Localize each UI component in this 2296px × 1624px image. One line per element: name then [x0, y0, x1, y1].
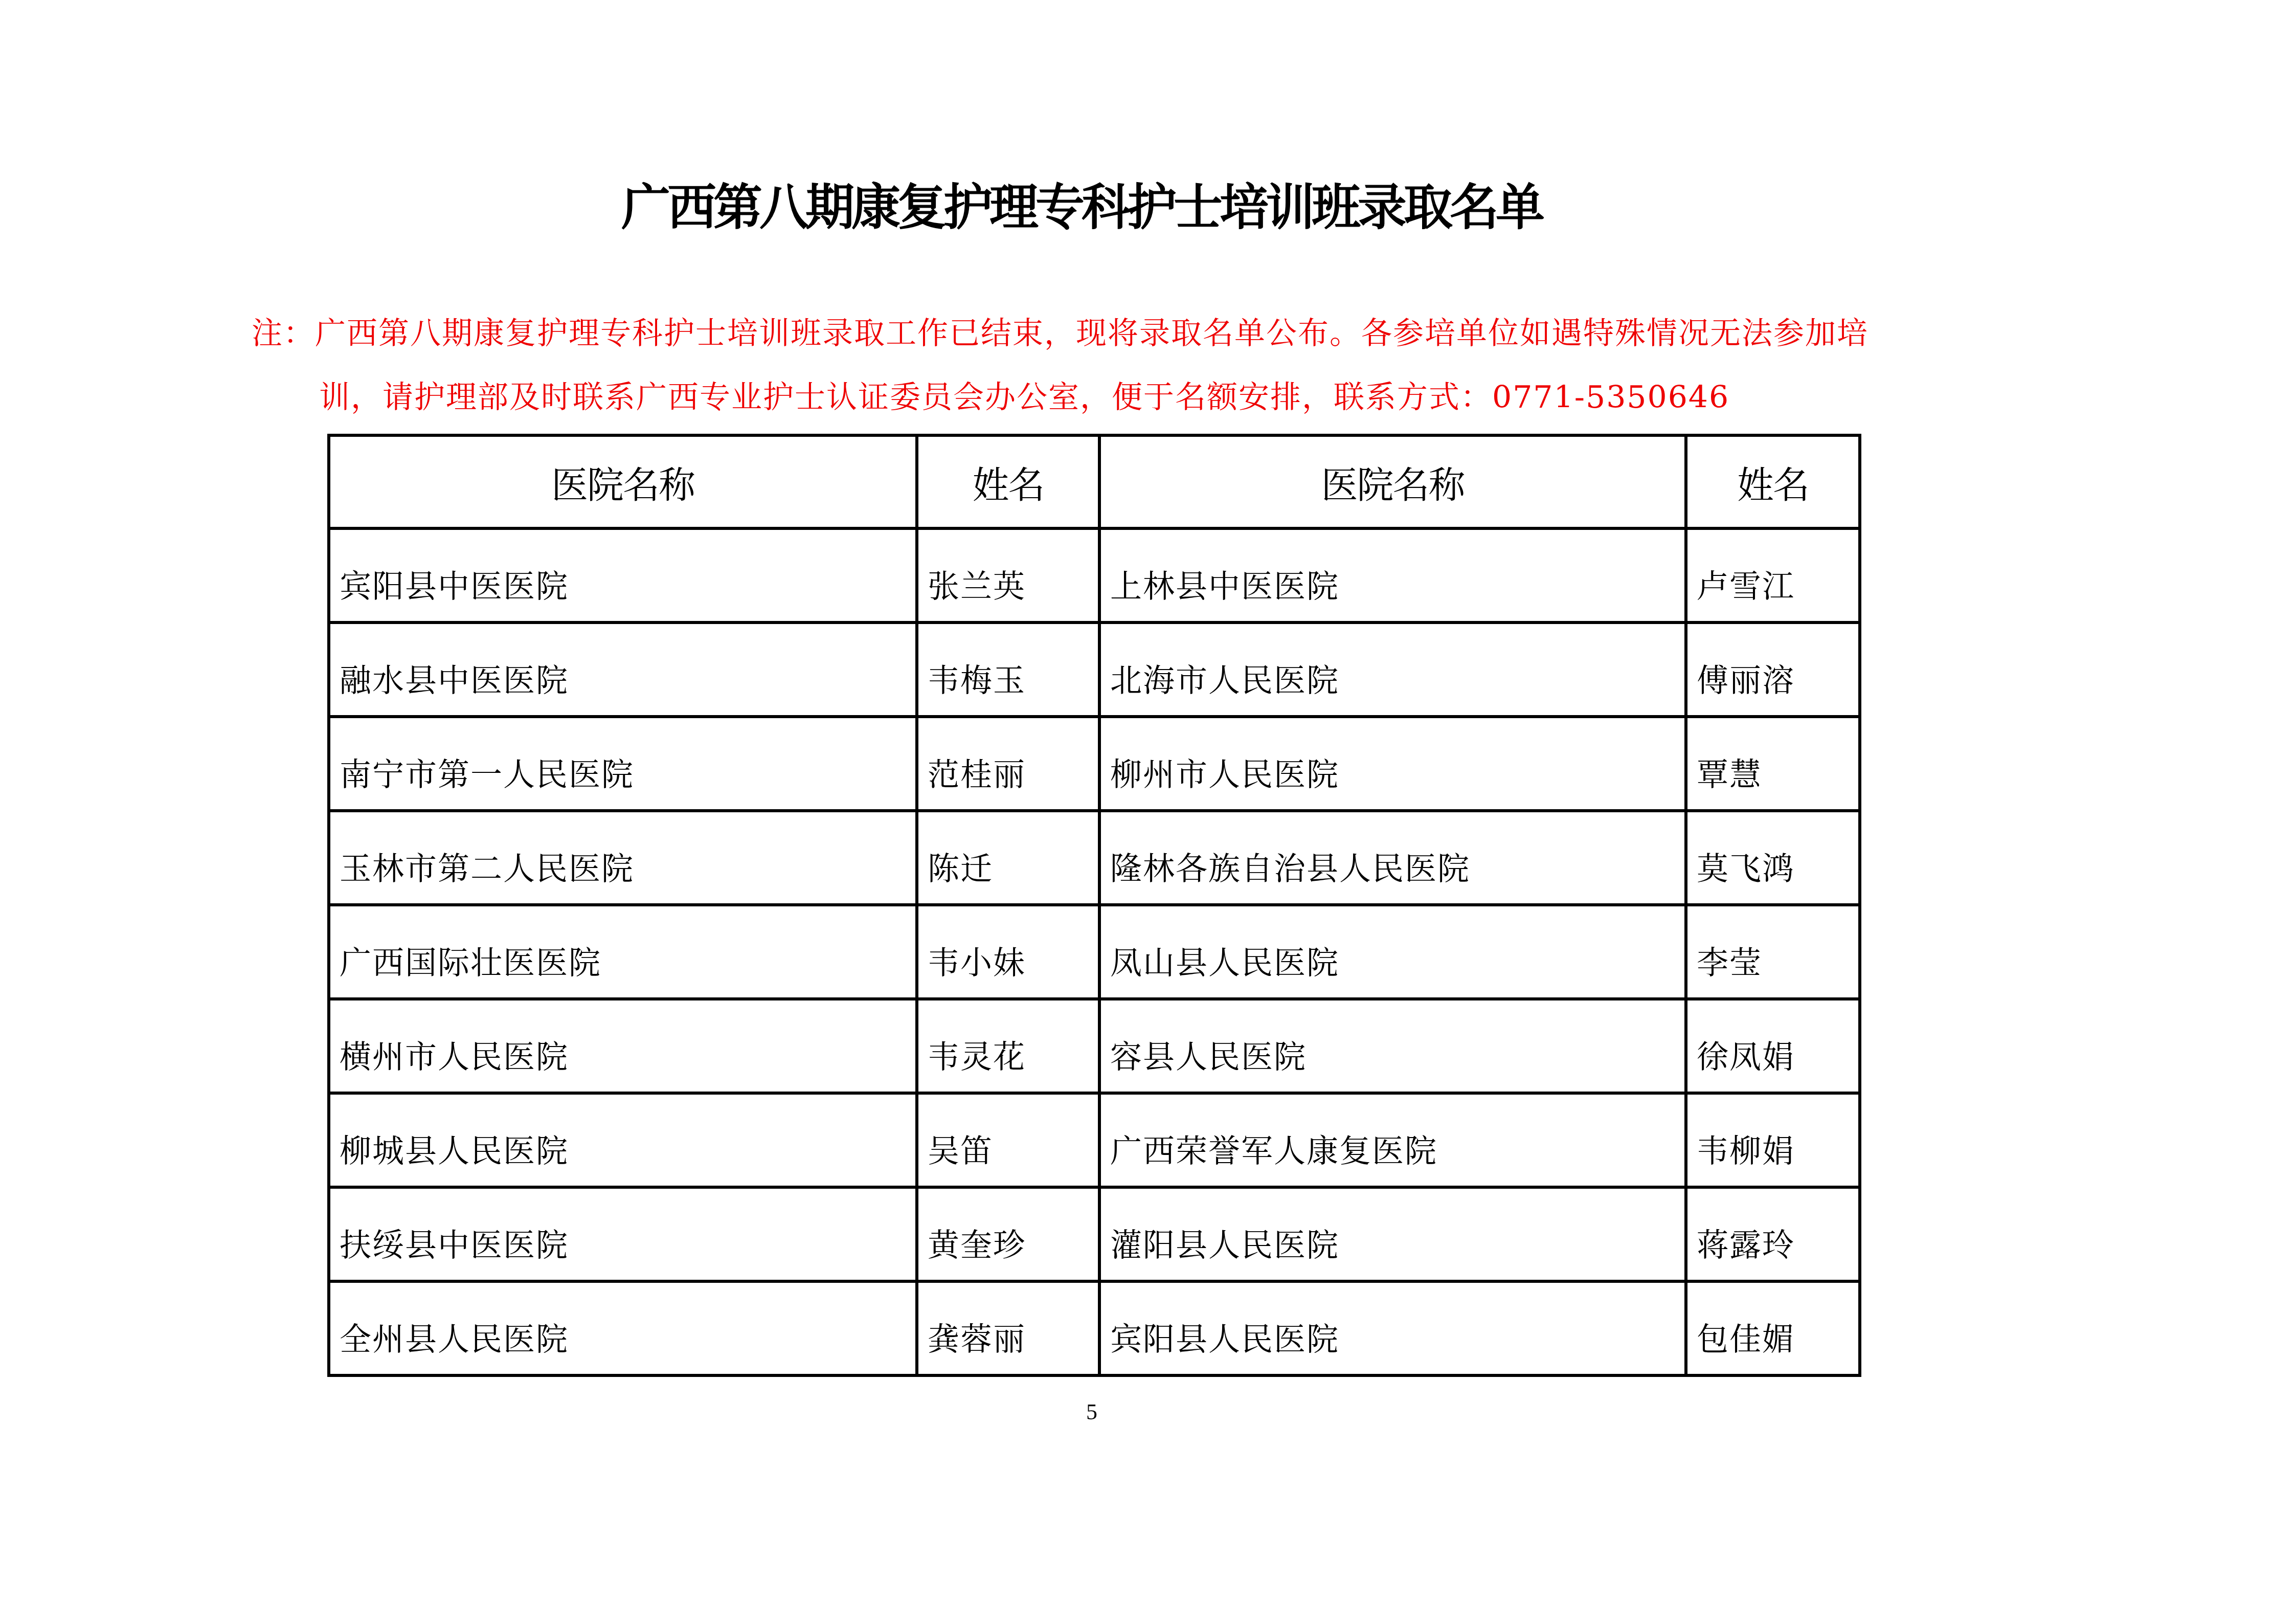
hospital-cell: 扶绥县中医医院: [329, 1187, 917, 1281]
page-title: 广西第八期康复护理专科护士培训班录取名单: [0, 176, 2230, 238]
note-line-2: 训，请护理部及时联系广西专业护士认证委员会办公室，便于名额安排，联系方式：077…: [252, 366, 1990, 430]
table-row: 融水县中医医院 韦梅玉 北海市人民医院 傅丽溶: [329, 622, 1860, 717]
admission-table: 医院名称 姓名 医院名称 姓名 宾阳县中医医院 张兰英 上林县中医医院 卢雪江 …: [327, 434, 1861, 1377]
hospital-cell: 灌阳县人民医院: [1099, 1187, 1686, 1281]
name-cell: 黄奎珍: [917, 1187, 1099, 1281]
name-cell: 韦灵花: [917, 999, 1099, 1093]
table-row: 玉林市第二人民医院 陈迁 隆林各族自治县人民医院 莫飞鸿: [329, 811, 1860, 905]
hospital-cell: 全州县人民医院: [329, 1281, 917, 1375]
hospital-cell: 柳城县人民医院: [329, 1093, 917, 1187]
name-cell: 韦柳娟: [1686, 1093, 1860, 1187]
table-row: 广西国际壮医医院 韦小妹 凤山县人民医院 李莹: [329, 905, 1860, 999]
name-cell: 龚蓉丽: [917, 1281, 1099, 1375]
hospital-cell: 广西国际壮医医院: [329, 905, 917, 999]
name-cell: 莫飞鸿: [1686, 811, 1860, 905]
page-number: 5: [0, 1399, 2240, 1425]
hospital-cell: 隆林各族自治县人民医院: [1099, 811, 1686, 905]
name-cell: 卢雪江: [1686, 528, 1860, 622]
table-row: 南宁市第一人民医院 范桂丽 柳州市人民医院 覃慧: [329, 717, 1860, 811]
header-name-left: 姓名: [917, 435, 1099, 528]
name-cell: 包佳媚: [1686, 1281, 1860, 1375]
hospital-cell: 凤山县人民医院: [1099, 905, 1686, 999]
hospital-cell: 融水县中医医院: [329, 622, 917, 717]
table-row: 柳城县人民医院 吴笛 广西荣誉军人康复医院 韦柳娟: [329, 1093, 1860, 1187]
header-hospital-left: 医院名称: [329, 435, 917, 528]
hospital-cell: 广西荣誉军人康复医院: [1099, 1093, 1686, 1187]
hospital-cell: 宾阳县中医医院: [329, 528, 917, 622]
name-cell: 傅丽溶: [1686, 622, 1860, 717]
name-cell: 韦小妹: [917, 905, 1099, 999]
hospital-cell: 容县人民医院: [1099, 999, 1686, 1093]
hospital-cell: 上林县中医医院: [1099, 528, 1686, 622]
table-row: 横州市人民医院 韦灵花 容县人民医院 徐凤娟: [329, 999, 1860, 1093]
hospital-cell: 玉林市第二人民医院: [329, 811, 917, 905]
hospital-cell: 宾阳县人民医院: [1099, 1281, 1686, 1375]
header-name-right: 姓名: [1686, 435, 1860, 528]
hospital-cell: 柳州市人民医院: [1099, 717, 1686, 811]
hospital-cell: 北海市人民医院: [1099, 622, 1686, 717]
hospital-cell: 南宁市第一人民医院: [329, 717, 917, 811]
name-cell: 韦梅玉: [917, 622, 1099, 717]
note-line-1: 注：广西第八期康复护理专科护士培训班录取工作已结束，现将录取名单公布。各参培单位…: [252, 302, 1990, 366]
name-cell: 范桂丽: [917, 717, 1099, 811]
name-cell: 吴笛: [917, 1093, 1099, 1187]
admission-note: 注：广西第八期康复护理专科护士培训班录取工作已结束，现将录取名单公布。各参培单位…: [252, 302, 1990, 430]
name-cell: 覃慧: [1686, 717, 1860, 811]
name-cell: 李莹: [1686, 905, 1860, 999]
name-cell: 张兰英: [917, 528, 1099, 622]
hospital-cell: 横州市人民医院: [329, 999, 917, 1093]
table-row: 全州县人民医院 龚蓉丽 宾阳县人民医院 包佳媚: [329, 1281, 1860, 1375]
name-cell: 徐凤娟: [1686, 999, 1860, 1093]
name-cell: 蒋露玲: [1686, 1187, 1860, 1281]
name-cell: 陈迁: [917, 811, 1099, 905]
header-hospital-right: 医院名称: [1099, 435, 1686, 528]
table-row: 宾阳县中医医院 张兰英 上林县中医医院 卢雪江: [329, 528, 1860, 622]
table-header-row: 医院名称 姓名 医院名称 姓名: [329, 435, 1860, 528]
table-row: 扶绥县中医医院 黄奎珍 灌阳县人民医院 蒋露玲: [329, 1187, 1860, 1281]
